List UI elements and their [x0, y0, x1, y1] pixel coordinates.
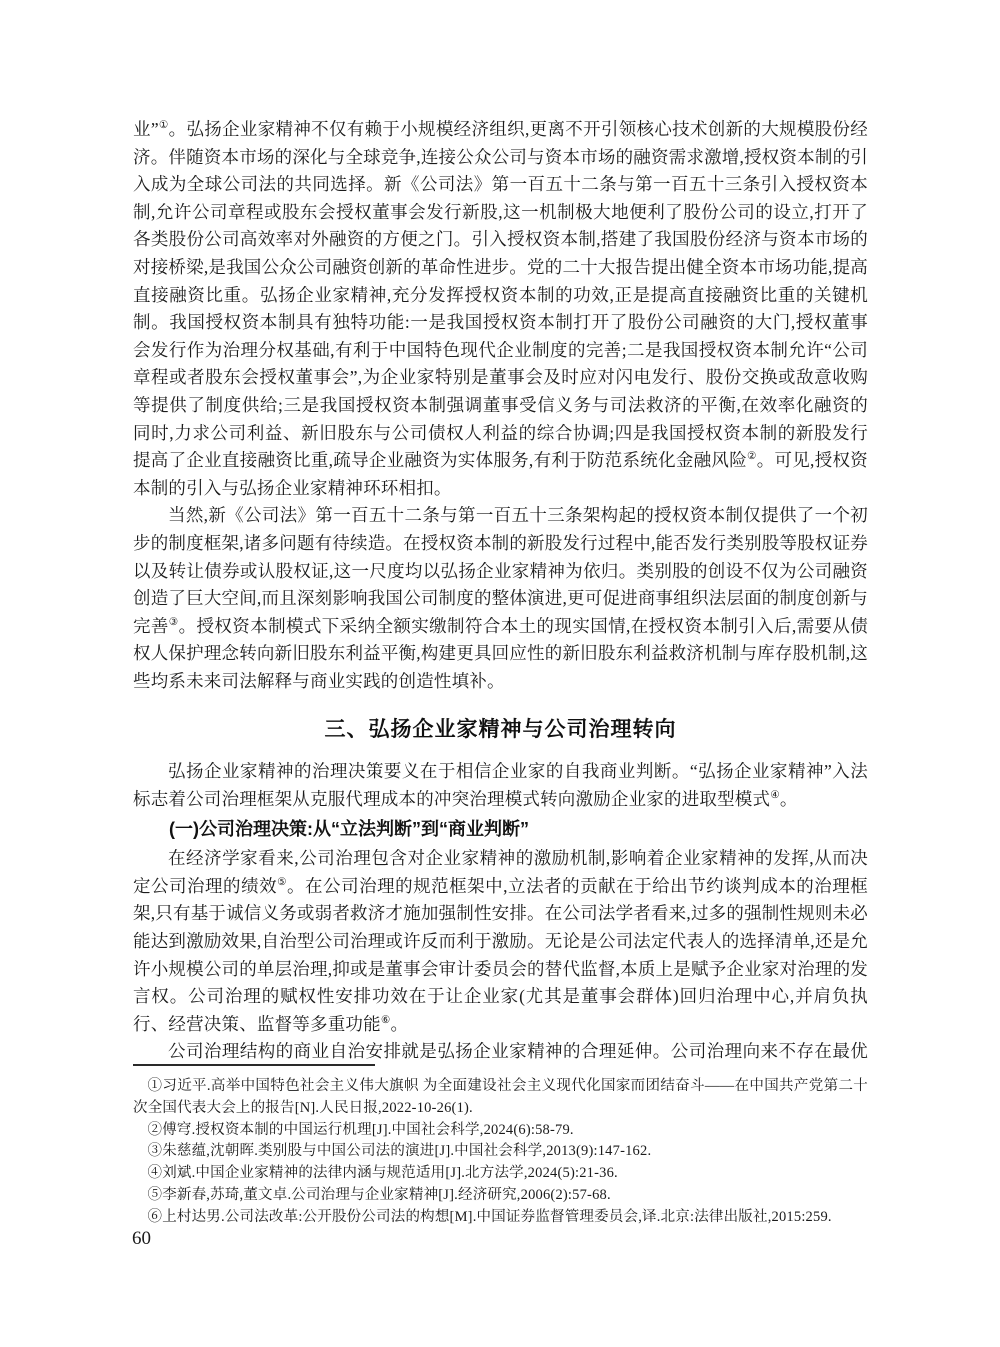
- footnote-item: ④刘斌.中国企业家精神的法律内涵与规范适用[J].北方法学,2024(5):21…: [133, 1163, 868, 1185]
- paragraph: 弘扬企业家精神的治理决策要义在于相信企业家的自我商业判断。“弘扬企业家精神”入法…: [133, 758, 868, 813]
- footnote-ref: ①: [159, 120, 169, 131]
- footnote-item: ①习近平.高举中国特色社会主义伟大旗帜 为全面建设社会主义现代化国家而团结奋斗—…: [133, 1076, 868, 1120]
- footnotes: ①习近平.高举中国特色社会主义伟大旗帜 为全面建设社会主义现代化国家而团结奋斗—…: [133, 1076, 868, 1229]
- footnote-item: ⑤李新春,苏琦,董文卓.公司治理与企业家精神[J].经济研究,2006(2):5…: [133, 1185, 868, 1207]
- footnote-ref: ③: [169, 617, 179, 628]
- footnote-ref: ⑤: [277, 877, 287, 888]
- article-body: 业”①。弘扬企业家精神不仅有赖于小规模经济组织,更离不开引领核心技术创新的大规模…: [133, 116, 868, 1064]
- footnote-block: ①习近平.高举中国特色社会主义伟大旗帜 为全面建设社会主义现代化国家而团结奋斗—…: [133, 1064, 868, 1229]
- footnote-ref: ④: [770, 790, 780, 801]
- footnote-item: ②傅穹.授权资本制的中国运行机理[J].中国社会科学,2024(6):58-79…: [133, 1120, 868, 1142]
- footnote-ref: ⑥: [381, 1015, 391, 1026]
- page-number: 60: [132, 1228, 151, 1250]
- subsection-heading: (一)公司治理决策:从“立法判断”到“商业判断”: [133, 816, 868, 844]
- footnote-item: ⑥上村达男.公司法改革:公开股份公司法的构想[M].中国证券监督管理委员会,译.…: [133, 1207, 868, 1229]
- footnote-separator: [133, 1064, 375, 1066]
- footnote-ref: ②: [747, 451, 757, 462]
- paragraph: 在经济学家看来,公司治理包含对企业家精神的激励机制,影响着企业家精神的发挥,从而…: [133, 845, 868, 1038]
- paragraph: 当然,新《公司法》第一百五十二条与第一百五十三条架构起的授权资本制仅提供了一个初…: [133, 502, 868, 695]
- section-heading: 三、弘扬企业家精神与公司治理转向: [133, 713, 868, 743]
- paragraph: 公司治理结构的商业自治安排就是弘扬企业家精神的合理延伸。公司治理向来不存在最优模: [133, 1038, 868, 1064]
- document-page: 业”①。弘扬企业家精神不仅有赖于小规模经济组织,更离不开引领核心技术创新的大规模…: [0, 0, 1000, 1347]
- footnote-item: ③朱慈蕴,沈朝晖.类别股与中国公司法的演进[J].中国社会科学,2013(9):…: [133, 1141, 868, 1163]
- paragraph: 业”①。弘扬企业家精神不仅有赖于小规模经济组织,更离不开引领核心技术创新的大规模…: [133, 116, 868, 502]
